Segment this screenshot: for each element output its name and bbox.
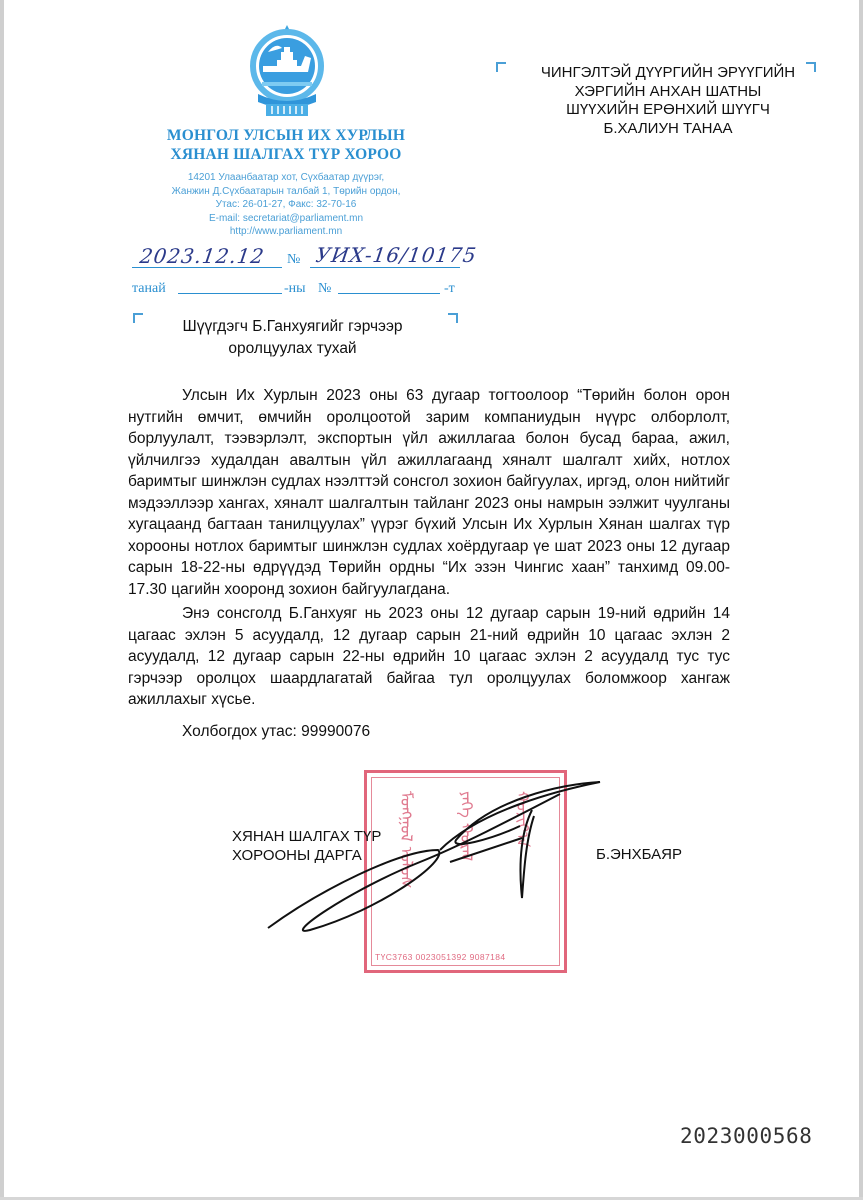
body-paragraph-1: Улсын Их Хурлын 2023 оны 63 дугаар тогто… [128,385,730,600]
your-number-line [338,293,440,294]
page-edge-left [0,0,4,1200]
your-label: танай [132,281,166,297]
your-number-label: № [318,281,331,297]
date-underline [132,267,282,268]
body-paragraph-2: Энэ сонсголд Б.Ганхуяг нь 2023 оны 12 ду… [128,603,730,711]
mongolia-state-emblem-icon [248,22,326,122]
page-edge-right [859,0,863,1200]
contact-phone: Холбогдох утас: 99990076 [182,723,370,741]
recipient-bracket-left [496,62,506,72]
letter-subject: Шүүгдэгч Б.Ганхуягийг гэрчээр оролцуулах… [140,316,445,360]
subject-bracket-right [448,313,458,323]
your-number-suffix: -т [444,281,455,297]
organization-name: МОНГОЛ УЛСЫН ИХ ХУРЛЫН ХЯНАН ШАЛГАХ ТҮР … [125,126,447,164]
organization-address: 14201 Улаанбаатар хот, Сүхбаатар дүүрэг,… [125,171,447,239]
website-link[interactable]: http://www.parliament.mn [125,225,447,239]
handwritten-signature [260,770,620,990]
your-suffix: -ны [284,281,306,297]
handwritten-number: УИХ-16/10175 [314,243,478,267]
handwritten-date: 2023.12.12 [138,244,266,268]
document-number: 2023000568 [680,1124,812,1148]
number-underline [310,267,460,268]
number-label: № [287,252,300,268]
email-link[interactable]: E-mail: secretariat@parliament.mn [125,212,447,226]
your-date-line [178,293,282,294]
recipient-block: ЧИНГЭЛТЭЙ ДҮҮРГИЙН ЭРҮҮГИЙН ХЭРГИЙН АНХА… [508,64,828,138]
